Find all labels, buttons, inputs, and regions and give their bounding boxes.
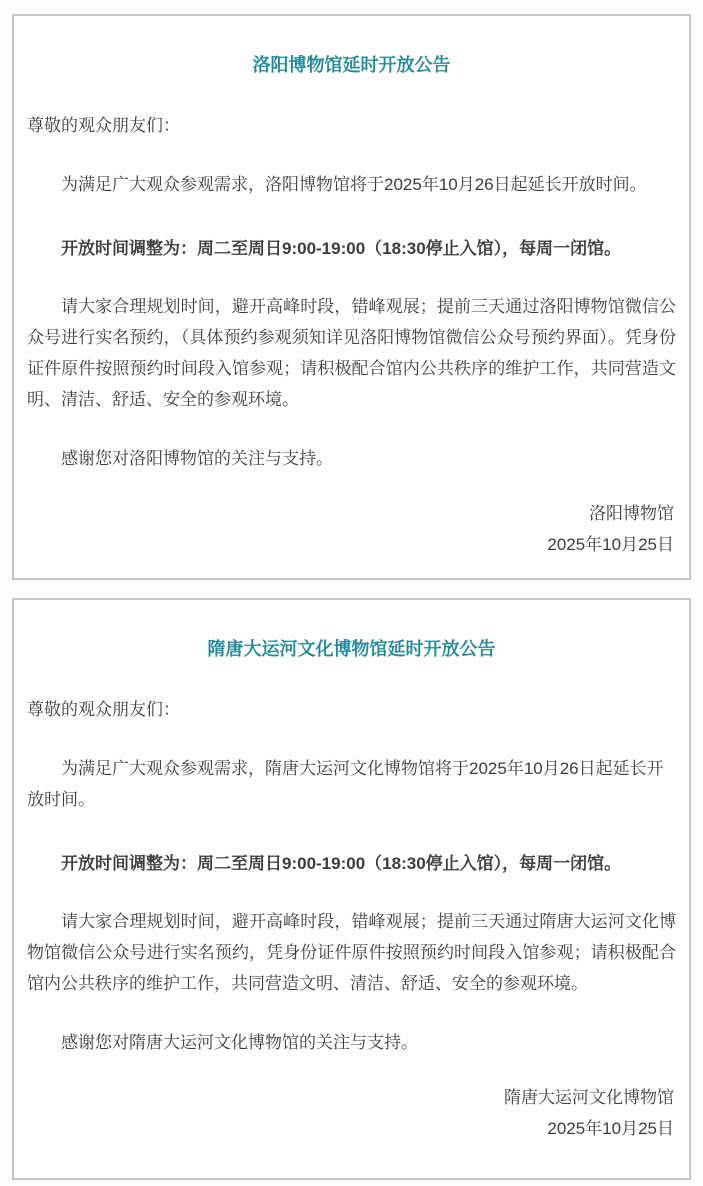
notice-card-grand-canal-museum: 隋唐大运河文化博物馆延时开放公告 尊敬的观众朋友们： 为满足广大观众参观需求，隋… — [12, 598, 691, 1180]
reservation-paragraph: 请大家合理规划时间，避开高峰时段，错峰观展；提前三天通过隋唐大运河文化博物馆微信… — [27, 906, 676, 999]
notice-date: 2025年10月25日 — [27, 1113, 676, 1144]
notice-title: 洛阳博物馆延时开放公告 — [27, 52, 676, 78]
opening-hours-paragraph: 开放时间调整为：周二至周日9:00-19:00（18:30停止入馆），每周一闭馆… — [27, 848, 676, 879]
notice-title: 隋唐大运河文化博物馆延时开放公告 — [27, 636, 676, 662]
reservation-paragraph: 请大家合理规划时间，避开高峰时段，错峰观展；提前三天通过洛阳博物馆微信公众号进行… — [27, 291, 676, 415]
notice-date: 2025年10月25日 — [27, 529, 676, 560]
signature: 隋唐大运河文化博物馆 — [27, 1082, 676, 1113]
intro-paragraph: 为满足广大观众参观需求，洛阳博物馆将于2025年10月26日起延长开放时间。 — [27, 169, 676, 200]
announcement-page: 洛阳博物馆延时开放公告 尊敬的观众朋友们： 为满足广大观众参观需求，洛阳博物馆将… — [0, 0, 703, 1186]
notice-card-luoyang-museum: 洛阳博物馆延时开放公告 尊敬的观众朋友们： 为满足广大观众参观需求，洛阳博物馆将… — [12, 14, 691, 580]
intro-paragraph: 为满足广大观众参观需求，隋唐大运河文化博物馆将于2025年10月26日起延长开放… — [27, 753, 676, 815]
thanks-paragraph: 感谢您对隋唐大运河文化博物馆的关注与支持。 — [27, 1027, 676, 1058]
salutation: 尊敬的观众朋友们： — [27, 110, 676, 141]
thanks-paragraph: 感谢您对洛阳博物馆的关注与支持。 — [27, 443, 676, 474]
opening-hours-paragraph: 开放时间调整为：周二至周日9:00-19:00（18:30停止入馆），每周一闭馆… — [27, 233, 676, 264]
signature: 洛阳博物馆 — [27, 498, 676, 529]
salutation: 尊敬的观众朋友们： — [27, 694, 676, 725]
